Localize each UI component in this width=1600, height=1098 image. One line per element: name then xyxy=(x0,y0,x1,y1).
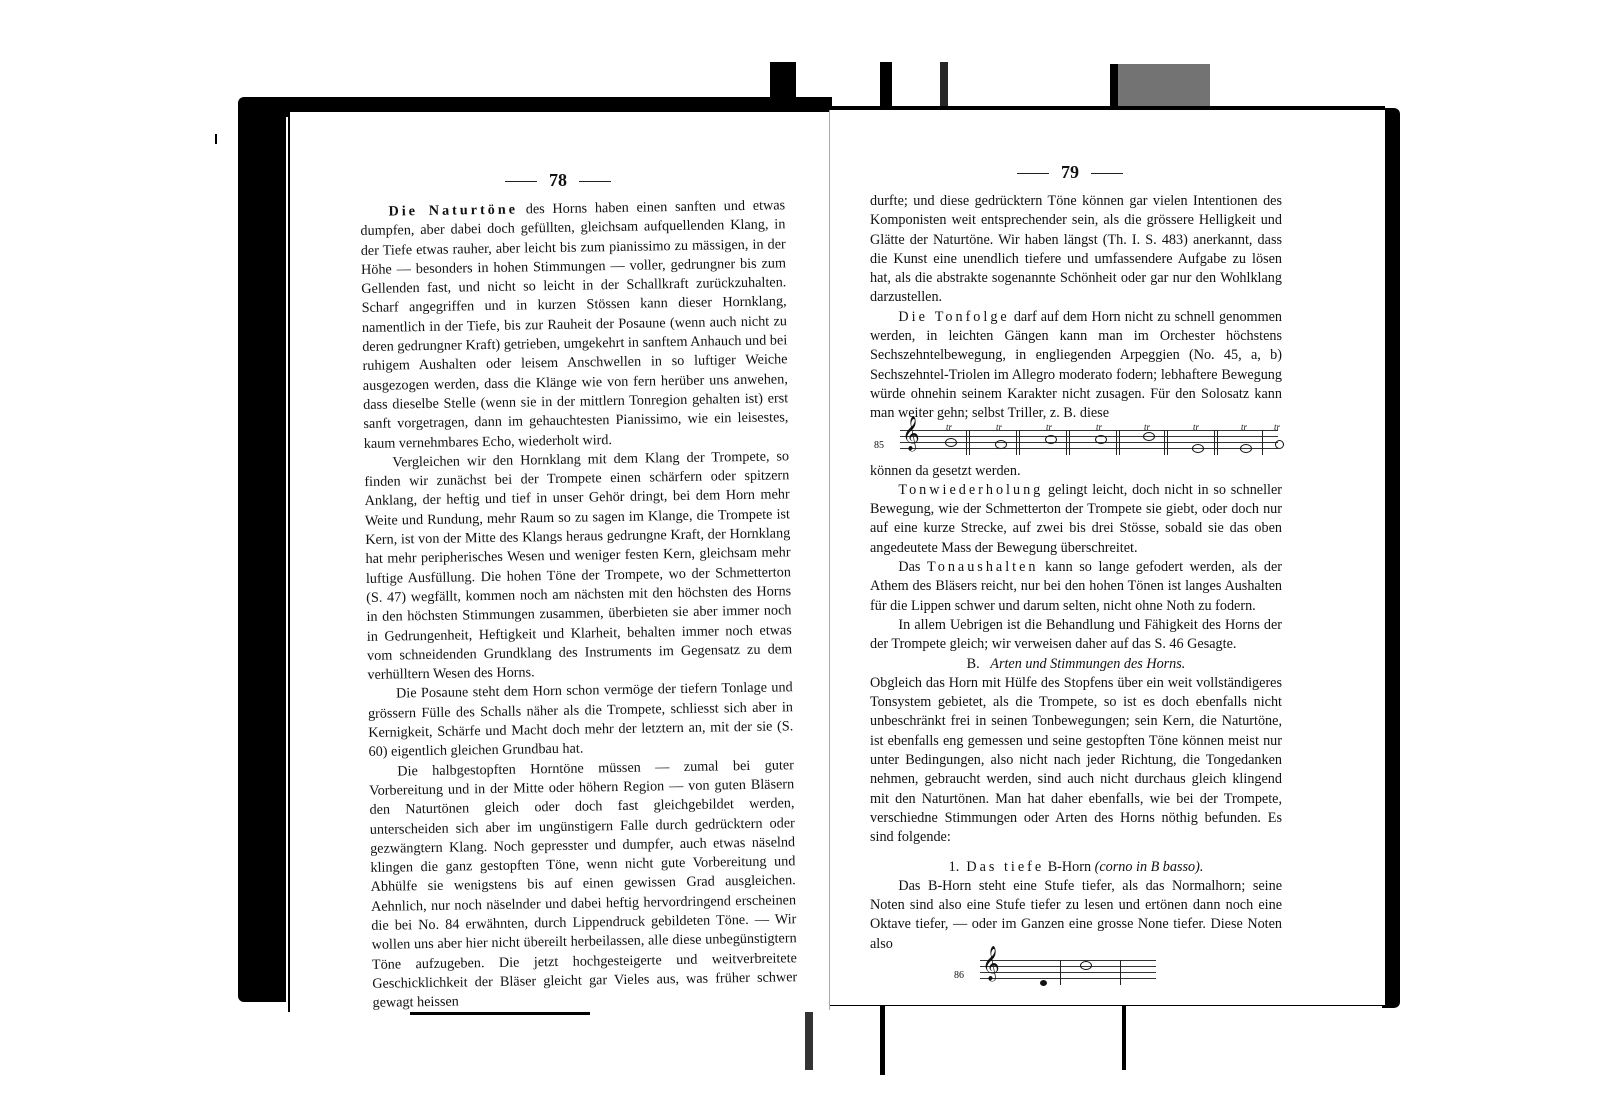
paragraph: Die Posaune steht dem Horn schon vermöge… xyxy=(368,679,794,763)
paragraph: Die Tonfolge darf auf dem Horn nicht zu … xyxy=(870,308,1282,424)
section-heading-b: B. Arten und Stimmungen des Horns. xyxy=(870,655,1282,674)
book-cover-left-edge xyxy=(238,97,286,1002)
paragraph: Vergleichen wir den Hornklang mit dem Kl… xyxy=(364,447,793,685)
paragraph: In allem Uebrigen ist die Behandlung und… xyxy=(870,616,1282,655)
paragraph: können da gesetzt werden. xyxy=(870,462,1282,481)
subsection-heading-1: 1. Das tiefe B-Horn (corno in B basso). xyxy=(870,858,1282,877)
music-example-85: 85 𝄞 tr tr tr tr tr tr tr tr xyxy=(870,426,1282,460)
page-number-left: 78 xyxy=(478,170,638,191)
scan-artifact xyxy=(1110,64,1210,106)
paragraph: durfte; und diese gedrücktern Töne könne… xyxy=(870,192,1282,308)
scan-artifact xyxy=(215,134,217,144)
scan-artifact xyxy=(880,62,892,108)
paragraph: Obgleich das Horn mit Hülfe des Stopfens… xyxy=(870,674,1282,848)
scan-artifact xyxy=(940,62,948,108)
book-gutter xyxy=(829,110,830,1010)
scan-artifact xyxy=(1110,64,1118,108)
music-example-86: 86 𝄞 xyxy=(950,956,1160,990)
music-staff xyxy=(980,960,1156,984)
paragraph: Das Tonaushalten kann so lange gefodert … xyxy=(870,558,1282,616)
paragraph: Die Naturtöne des Horns haben einen sanf… xyxy=(360,196,789,454)
page-number-right: 79 xyxy=(990,162,1150,183)
scan-artifact xyxy=(770,62,796,110)
treble-clef-icon: 𝄞 xyxy=(982,954,1000,973)
left-page-text: Die Naturtöne des Horns haben einen sanf… xyxy=(360,196,798,1013)
paragraph: Die halbgestopften Horntöne müssen — zum… xyxy=(369,756,798,1014)
paragraph: Das B-Horn steht eine Stufe tiefer, als … xyxy=(870,877,1282,954)
treble-clef-icon: 𝄞 xyxy=(902,424,920,443)
paragraph: Tonwiederholung gelingt leicht, doch nic… xyxy=(870,481,1282,558)
scan-artifact xyxy=(880,1000,885,1075)
scan-artifact xyxy=(1122,1000,1126,1070)
right-page-text: durfte; und diese gedrücktern Töne könne… xyxy=(870,192,1282,992)
